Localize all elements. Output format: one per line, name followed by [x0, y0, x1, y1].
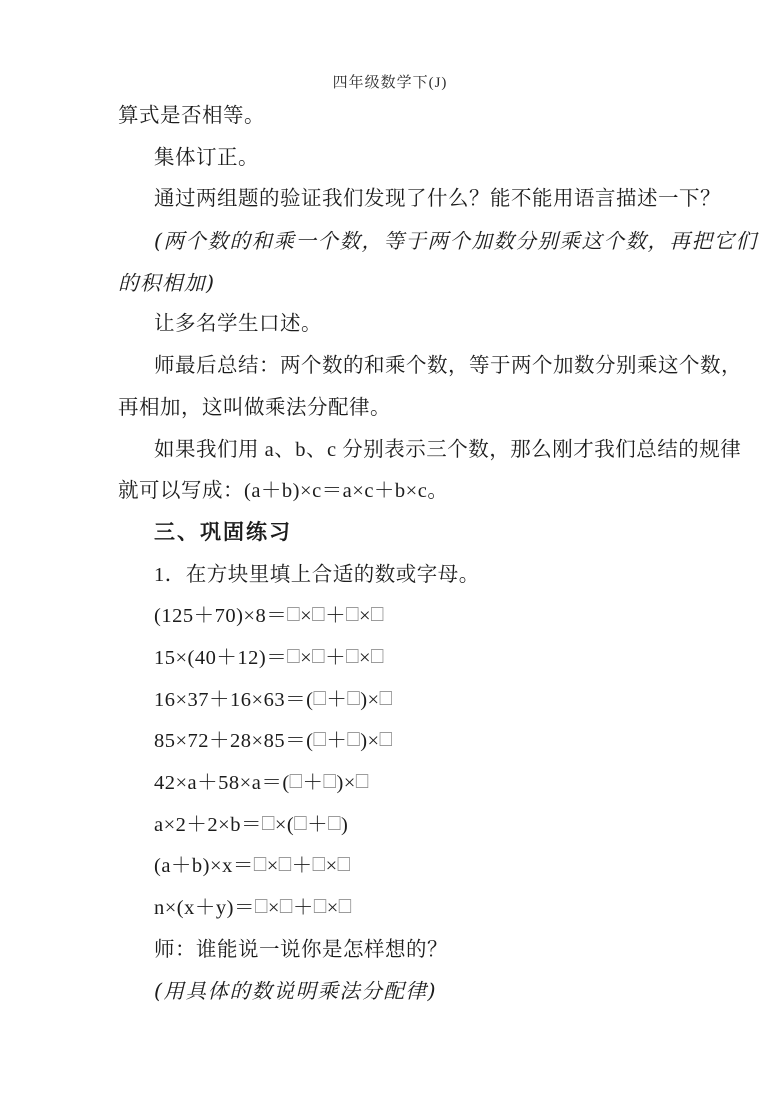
doc-line-student-answer-1: (两个数的和乘一个数，等于两个加数分别乘这个数，再把它们	[118, 227, 678, 269]
doc-line-oral-practice: 让多名学生口述。	[118, 310, 678, 352]
blank-box: □	[339, 891, 352, 922]
doc-line-teacher-question: 通过两组题的验证我们发现了什么？能不能用语言描述一下？	[118, 185, 678, 227]
blank-box: □	[346, 641, 359, 672]
blank-box: □	[324, 766, 337, 797]
blank-box: □	[294, 807, 307, 838]
section-heading-practice: 三、巩固练习	[118, 519, 678, 561]
exercise-equation-6: a×2＋2×b＝□×(□＋□)	[118, 811, 678, 853]
blank-box: □	[371, 641, 384, 672]
blank-box: □	[287, 641, 300, 672]
blank-box: □	[380, 682, 393, 713]
blank-box: □	[312, 599, 325, 630]
blank-box: □	[314, 891, 327, 922]
doc-line-collective-correction: 集体订正。	[118, 144, 678, 186]
blank-box: □	[380, 724, 393, 755]
blank-box: □	[255, 891, 268, 922]
blank-box: □	[347, 682, 360, 713]
blank-box: □	[328, 807, 341, 838]
exercise-equation-4: 85×72＋28×85＝(□＋□)×□	[118, 727, 678, 769]
blank-box: □	[338, 849, 351, 880]
doc-line-abc-rule-formula: 就可以写成：(a＋b)×c＝a×c＋b×c。	[118, 477, 678, 519]
blank-box: □	[312, 641, 325, 672]
page-header: 四年级数学下(J)	[0, 71, 780, 92]
blank-box: □	[279, 849, 292, 880]
exercise-equation-8: n×(x＋y)＝□×□＋□×□	[118, 894, 678, 936]
doc-line-answer-note: (用具体的数说明乘法分配律)	[118, 977, 678, 1019]
doc-line-teacher-summary-2: 再相加，这叫做乘法分配律。	[118, 394, 678, 436]
blank-box: □	[313, 682, 326, 713]
exercise-equation-2: 15×(40＋12)＝□×□＋□×□	[118, 644, 678, 686]
blank-box: □	[262, 807, 275, 838]
doc-line-student-answer-2: 的积相加)	[118, 269, 678, 311]
doc-line-paragraph-tail: 算式是否相等。	[118, 102, 678, 144]
blank-box: □	[346, 599, 359, 630]
blank-box: □	[254, 849, 267, 880]
doc-line-teacher-summary-1: 师最后总结：两个数的和乘个数，等于两个加数分别乘这个数，	[118, 352, 678, 394]
blank-box: □	[280, 891, 293, 922]
blank-box: □	[371, 599, 384, 630]
doc-line-abc-rule-1: 如果我们用 a、b、c 分别表示三个数，那么刚才我们总结的规律	[118, 436, 678, 478]
document-page: 四年级数学下(J) 算式是否相等。 集体订正。 通过两组题的验证我们发现了什么？…	[0, 0, 780, 1103]
blank-box: □	[356, 766, 369, 797]
exercise-equation-1: (125＋70)×8＝□×□＋□×□	[118, 602, 678, 644]
blank-box: □	[313, 724, 326, 755]
exercise-equation-3: 16×37＋16×63＝(□＋□)×□	[118, 686, 678, 728]
doc-line-exercise-instruction: 1．在方块里填上合适的数或字母。	[118, 561, 678, 603]
blank-box: □	[290, 766, 303, 797]
doc-line-teacher-prompt: 师：谁能说一说你是怎样想的？	[118, 936, 678, 978]
document-body: 算式是否相等。 集体订正。 通过两组题的验证我们发现了什么？能不能用语言描述一下…	[118, 102, 678, 1019]
blank-box: □	[313, 849, 326, 880]
blank-box: □	[287, 599, 300, 630]
exercise-equation-5: 42×a＋58×a＝(□＋□)×□	[118, 769, 678, 811]
exercise-equation-7: (a＋b)×x＝□×□＋□×□	[118, 852, 678, 894]
blank-box: □	[347, 724, 360, 755]
